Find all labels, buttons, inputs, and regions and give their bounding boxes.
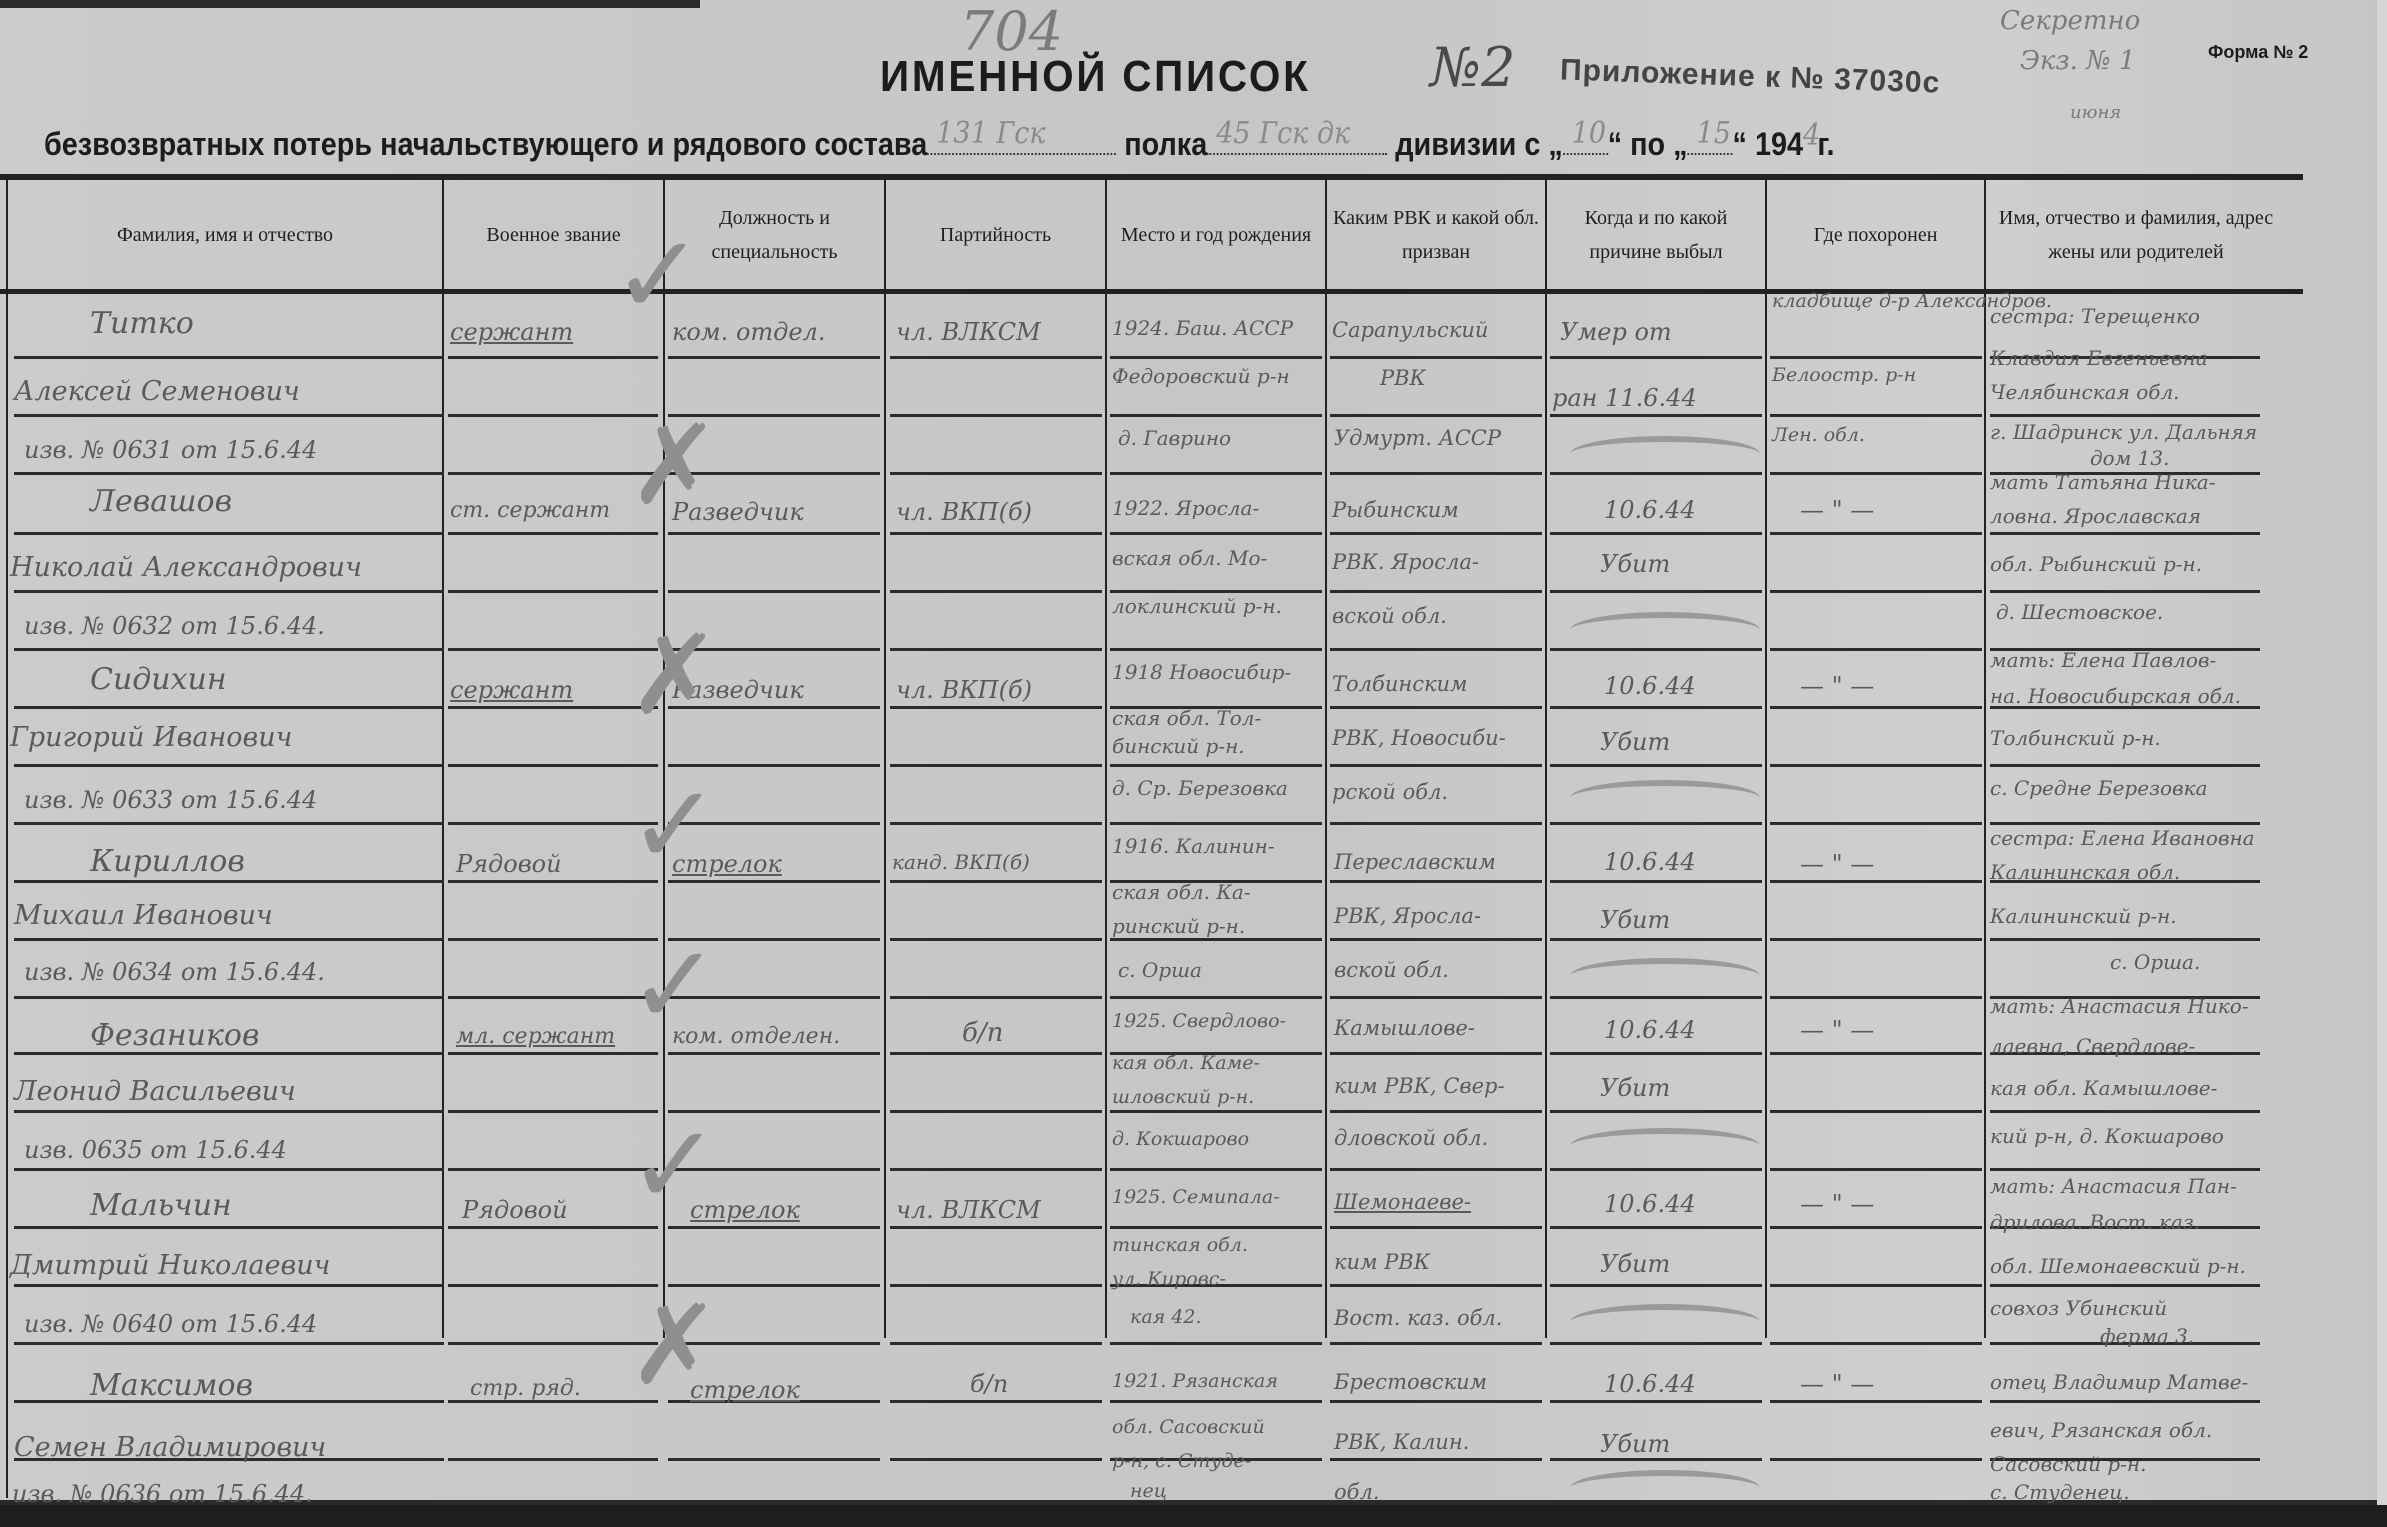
row-rule (890, 1052, 1102, 1055)
row-rule (1330, 1400, 1542, 1403)
check-mark-icon: ✓ (628, 930, 720, 1040)
col-divider (1325, 178, 1327, 1338)
notice-number: изв. 0635 от 15.6.44 (24, 1136, 287, 1164)
row-rule (14, 590, 444, 593)
row-rule (448, 764, 658, 767)
row-rule (1990, 1400, 2260, 1403)
check-mark-icon: ✓ (612, 220, 704, 330)
row-rule (1550, 822, 1762, 825)
surname: Мальчин (90, 1188, 232, 1223)
when-line2: Убит (1600, 1430, 1670, 1458)
row-rule (890, 706, 1102, 709)
row-rule (14, 1168, 444, 1171)
row-rule (1770, 1342, 1982, 1345)
row-rule (14, 532, 444, 535)
header-when-reason: Когда и по какой причине выбыл (1547, 180, 1765, 290)
row-rule (1110, 532, 1322, 535)
row-rule (14, 356, 444, 359)
when-line2: Убит (1600, 1074, 1670, 1102)
when-line1: 10.6.44 (1604, 1190, 1696, 1218)
party: б/п (970, 1370, 1008, 1398)
row-rule (448, 706, 658, 709)
row-rule (668, 1458, 880, 1461)
relatives-line1: сестра: Терещенко (1990, 304, 2200, 328)
row-rule (1770, 590, 1982, 593)
relatives-line4: совхоз Убинский (1990, 1296, 2167, 1320)
row-rule (890, 764, 1102, 767)
when-line2: Убит (1600, 1250, 1670, 1278)
col-divider (1984, 178, 1986, 1338)
rank: Рядовой (456, 850, 562, 878)
row-rule (14, 706, 444, 709)
when-line2: Убит (1600, 906, 1670, 934)
row-rule (890, 356, 1102, 359)
party: чл. ВКП(б) (896, 498, 1032, 526)
row-rule (1110, 472, 1322, 475)
row-rule (1990, 938, 2260, 941)
row-rule (1330, 1284, 1542, 1287)
rvk-line3: дловской обл. (1334, 1126, 1488, 1150)
check-mark-icon: ✓ (628, 770, 720, 880)
birth-line4: кая 42. (1130, 1306, 1202, 1328)
subtitle-part3: дивизии с „ (1395, 126, 1563, 162)
notice-number: изв. № 0632 от 15.6.44. (24, 612, 325, 640)
rank: сержант (450, 318, 573, 346)
row-rule (668, 590, 880, 593)
document-sheet: 704 ИМЕННОЙ СПИСОК №2 Приложение к № 370… (0, 0, 2387, 1500)
buried-line1: — " — (1800, 496, 1874, 524)
check-mark-icon: ✗ (628, 410, 720, 520)
when-line2: Убит (1600, 728, 1670, 756)
rvk-line1: Шемонаеве- (1334, 1190, 1471, 1214)
row-rule (1990, 1284, 2260, 1287)
relatives-line1: мать Татьяна Ника- (1990, 470, 2215, 494)
notice-number: изв. № 0636 от 15.6.44. (12, 1480, 313, 1508)
rvk-line1: Толбинским (1332, 672, 1467, 696)
birth-line2: тинская обл. (1112, 1234, 1248, 1256)
row-rule (1110, 414, 1322, 417)
row-rule (1550, 996, 1762, 999)
row-rule (1770, 996, 1982, 999)
birth-line2: ская обл. Тол- (1112, 706, 1261, 730)
row-rule (14, 996, 444, 999)
when-line2: ран 11.6.44 (1552, 384, 1697, 412)
when-line2: Убит (1600, 550, 1670, 578)
notice-number: изв. № 0640 от 15.6.44 (24, 1310, 317, 1338)
header-buried: Где похоронен (1767, 180, 1984, 290)
row-rule (1770, 648, 1982, 651)
rvk-line1: Переславским (1334, 850, 1496, 874)
row-rule (14, 938, 444, 941)
surname: Титко (90, 306, 194, 341)
buried-line2: Белоостр. р-н (1772, 364, 1916, 386)
row-rule (1110, 822, 1322, 825)
birth-line1: 1925. Семипала- (1112, 1186, 1280, 1208)
row-rule (1330, 1168, 1542, 1171)
row-rule (890, 1400, 1102, 1403)
buried-line1: — " — (1800, 672, 1874, 700)
row-rule (1110, 1168, 1322, 1171)
row-rule (14, 1226, 444, 1229)
birth-line2: ская обл. Ка- (1112, 880, 1251, 904)
row-rule (1330, 1110, 1542, 1113)
header-birth: Место и год рождения (1107, 180, 1325, 290)
row-rule (1770, 822, 1982, 825)
check-mark-icon: ✗ (628, 620, 720, 730)
row-rule (1550, 706, 1762, 709)
rvk-line3: вской обл. (1332, 604, 1447, 628)
row-rule (1990, 414, 2260, 417)
buried-line1: — " — (1800, 1370, 1874, 1398)
row-rule (1990, 1168, 2260, 1171)
buried-line1: — " — (1800, 1190, 1874, 1218)
relatives-line4: кий р-н, д. Кокшарово (1990, 1124, 2224, 1148)
relatives-line3: Челябинская обл. (1990, 380, 2180, 404)
row-rule (1330, 1226, 1542, 1229)
when-line1: 10.6.44 (1604, 672, 1696, 700)
relatives-line5: ферма 3. (2100, 1324, 2194, 1348)
rvk-line2: ким РВК, Свер- (1334, 1074, 1505, 1098)
row-rule (1110, 1342, 1322, 1345)
col-divider (884, 178, 886, 1338)
row-rule (1110, 996, 1322, 999)
relatives-line3: обл. Шемонаевский р-н. (1990, 1254, 2246, 1278)
party: чл. ВЛКСМ (896, 318, 1041, 346)
year-suffix-field: 4 (1803, 129, 1817, 155)
row-rule (1330, 938, 1542, 941)
row-rule (890, 1226, 1102, 1229)
row-rule (1770, 1458, 1982, 1461)
first-patronymic: Семен Владимирович (14, 1432, 326, 1463)
col-divider (442, 178, 444, 1338)
row-rule (890, 590, 1102, 593)
row-rule (668, 532, 880, 535)
birth-line3: локлинский р-н. (1112, 594, 1282, 618)
attachment-stamp: Приложение к № 37030с (1560, 53, 1941, 100)
row-rule (1110, 648, 1322, 651)
surname: Максимов (90, 1368, 253, 1403)
document-subtitle: безвозвратных потерь начальствующего и р… (44, 126, 1835, 163)
month-note: июня (2070, 102, 2121, 123)
list-number: №2 (1430, 36, 1515, 99)
when-line1: 10.6.44 (1604, 848, 1696, 876)
birth-line1: 1922. Яросла- (1112, 496, 1259, 520)
row-rule (14, 472, 444, 475)
subtitle-part1: безвозвратных потерь начальствующего и р… (44, 126, 927, 162)
row-rule (1550, 1342, 1762, 1345)
relatives-line2: Калининская обл. (1990, 860, 2180, 884)
first-patronymic: Алексей Семенович (14, 376, 300, 407)
row-rule (1770, 532, 1982, 535)
secret-note-line1: Секретно (2000, 6, 2140, 36)
row-rule (1550, 1052, 1762, 1055)
relatives-line2: лаевна, Свердлове- (1990, 1034, 2195, 1058)
pencil-mark (1570, 958, 1760, 994)
relatives-line1: сестра: Елена Ивановна (1990, 826, 2255, 850)
relatives-line3: Толбинский р-н. (1990, 726, 2161, 750)
col-divider (1105, 178, 1107, 1338)
birth-line3: р-н, с. Студе- (1112, 1450, 1251, 1472)
party: чл. ВКП(б) (896, 676, 1032, 704)
buried-line1: — " — (1800, 850, 1874, 878)
row-rule (1330, 472, 1542, 475)
row-rule (448, 822, 658, 825)
row-rule (1550, 472, 1762, 475)
row-rule (1330, 1052, 1542, 1055)
birth-line3: ул. Кировс- (1112, 1268, 1226, 1290)
birth-line2: Федоровский р-н (1112, 364, 1290, 388)
party: канд. ВКП(б) (892, 850, 1030, 874)
rvk-line1: Брестовским (1334, 1370, 1487, 1394)
when-line1: 10.6.44 (1604, 496, 1696, 524)
row-rule (14, 880, 444, 883)
row-rule (1550, 1400, 1762, 1403)
row-rule (890, 1342, 1102, 1345)
row-rule (1330, 822, 1542, 825)
rvk-line2: РВК, Яросла- (1334, 904, 1481, 928)
birth-line2: вская обл. Мо- (1112, 546, 1267, 570)
first-patronymic: Дмитрий Николаевич (10, 1250, 330, 1281)
row-rule (1770, 1110, 1982, 1113)
row-rule (448, 1168, 658, 1171)
row-rule (1550, 1168, 1762, 1171)
pencil-mark (1570, 1470, 1760, 1506)
scan-edge-bottom (0, 1505, 2387, 1527)
row-rule (1110, 938, 1322, 941)
relatives-line4: г. Шадринск ул. Дальняя (1990, 420, 2257, 444)
document-title: ИМЕННОЙ СПИСОК (880, 52, 1311, 102)
rvk-line2: РВК, Новосиби- (1332, 726, 1506, 750)
when-line1: Умер от (1560, 318, 1672, 346)
col-divider (1765, 178, 1767, 1338)
row-rule (890, 1458, 1102, 1461)
header-relatives: Имя, отчество и фамилия, адрес жены или … (1986, 180, 2286, 290)
row-rule (668, 1052, 880, 1055)
row-rule (1990, 822, 2260, 825)
row-rule (448, 1342, 658, 1345)
row-rule (1110, 590, 1322, 593)
row-rule (448, 996, 658, 999)
row-rule (448, 356, 658, 359)
row-rule (890, 648, 1102, 651)
relatives-line2: на. Новосибирская обл. (1990, 684, 2241, 708)
row-rule (1550, 1284, 1762, 1287)
row-rule (1330, 648, 1542, 651)
row-rule (1990, 532, 2260, 535)
birth-line3: шловский р-н. (1112, 1086, 1254, 1108)
row-rule (14, 822, 444, 825)
row-rule (1110, 1400, 1322, 1403)
row-rule (1770, 938, 1982, 941)
row-rule (448, 938, 658, 941)
row-rule (1770, 1400, 1982, 1403)
row-rule (1550, 938, 1762, 941)
row-rule (1550, 1458, 1762, 1461)
pencil-mark (1570, 1128, 1760, 1164)
birth-line1: 1921. Рязанская (1112, 1370, 1278, 1392)
rvk-line3: Удмурт. АССР (1334, 426, 1501, 450)
rank: сержант (450, 676, 573, 704)
row-rule (1550, 1110, 1762, 1113)
buried-line1: — " — (1800, 1016, 1874, 1044)
when-line1: 10.6.44 (1604, 1370, 1696, 1398)
row-rule (1770, 880, 1982, 883)
row-rule (14, 648, 444, 651)
row-rule (14, 414, 444, 417)
birth-line4: д. Ср. Березовка (1112, 776, 1288, 800)
row-rule (1770, 472, 1982, 475)
row-rule (1550, 414, 1762, 417)
from-day-field: 10 (1563, 127, 1608, 155)
rank: ст. сержант (450, 498, 610, 523)
first-patronymic: Михаил Иванович (14, 900, 273, 931)
rvk-line3: рской обл. (1332, 780, 1448, 804)
birth-line1: 1918 Новосибир- (1112, 660, 1291, 684)
subtitle-part2: полка (1124, 126, 1207, 162)
col-divider (1545, 178, 1547, 1338)
row-rule (1550, 356, 1762, 359)
row-rule (890, 1110, 1102, 1113)
birth-line2: кая обл. Каме- (1112, 1052, 1260, 1074)
row-rule (1990, 1110, 2260, 1113)
row-rule (1330, 706, 1542, 709)
surname: Сидихин (90, 662, 227, 697)
birth-line2: обл. Сасовский (1112, 1416, 1265, 1438)
relatives-line1: отец Владимир Матве- (1990, 1370, 2248, 1394)
row-rule (1770, 706, 1982, 709)
rvk-line2: РВК, Калин. (1334, 1430, 1469, 1454)
row-rule (890, 938, 1102, 941)
scan-edge-right (2377, 0, 2387, 1527)
row-rule (1110, 1226, 1322, 1229)
rvk-line3: вской обл. (1334, 958, 1449, 982)
relatives-line1: мать: Елена Павлов- (1990, 648, 2216, 672)
relatives-line2: Клавдия Евгеньевна (1990, 346, 2208, 370)
row-rule (890, 1168, 1102, 1171)
rvk-line1: Камышлове- (1334, 1016, 1475, 1040)
relatives-line4: с. Студенец. (1990, 1480, 2130, 1504)
row-rule (448, 472, 658, 475)
row-rule (1770, 1226, 1982, 1229)
row-rule (1330, 532, 1542, 535)
row-rule (14, 764, 444, 767)
relatives-line3: обл. Рыбинский р-н. (1990, 552, 2202, 576)
row-rule (1770, 356, 1982, 359)
row-rule (448, 1284, 658, 1287)
relatives-line3: кая обл. Камышлове- (1990, 1076, 2217, 1100)
surname: Кириллов (90, 844, 245, 879)
row-rule (1990, 764, 2260, 767)
row-rule (1330, 1458, 1542, 1461)
pencil-mark (1570, 436, 1760, 472)
row-rule (1550, 764, 1762, 767)
notice-number: изв. № 0631 от 15.6.44 (24, 436, 317, 464)
rank: стр. ряд. (470, 1376, 581, 1401)
header-full-name: Фамилия, имя и отчество (8, 180, 442, 290)
relatives-line2: ловна. Ярославская (1990, 504, 2201, 528)
header-rvk: Каким РВК и какой обл. призван (1327, 180, 1545, 290)
row-rule (1990, 590, 2260, 593)
regiment-field: 131 Гск (927, 127, 1116, 155)
row-rule (448, 880, 658, 883)
row-rule (448, 1052, 658, 1055)
rvk-line3: Вост. каз. обл. (1334, 1306, 1502, 1330)
row-rule (448, 590, 658, 593)
rvk-line2: ким РВК (1334, 1250, 1430, 1274)
row-rule (448, 1226, 658, 1229)
subtitle-part5: “ 194 (1733, 126, 1803, 162)
to-day-field: 15 (1688, 127, 1733, 155)
when-line1: 10.6.44 (1604, 1016, 1696, 1044)
relatives-line5: дом 13. (2090, 446, 2169, 470)
row-rule (1550, 880, 1762, 883)
pencil-mark (1570, 780, 1760, 816)
division-field: 45 Гск дк (1207, 127, 1387, 155)
pencil-mark (1570, 1304, 1760, 1340)
row-rule (448, 1458, 658, 1461)
rvk-line2: РВК (1380, 366, 1426, 390)
row-rule (448, 414, 658, 417)
row-rule (1550, 1226, 1762, 1229)
row-rule (1330, 414, 1542, 417)
row-rule (1550, 532, 1762, 535)
party: б/п (962, 1018, 1003, 1048)
notice-number: изв. № 0633 от 15.6.44 (24, 786, 317, 814)
relatives-line4: с. Средне Березовка (1990, 776, 2208, 800)
row-rule (890, 472, 1102, 475)
rank: мл. сержант (456, 1024, 615, 1049)
pencil-mark (1570, 612, 1760, 648)
relatives-line2: дрилова. Вост. каз. (1990, 1210, 2200, 1234)
birth-line4: нец (1130, 1480, 1167, 1502)
row-rule (1330, 356, 1542, 359)
row-rule (14, 1110, 444, 1113)
header-party: Партийность (886, 180, 1105, 290)
row-rule (1330, 880, 1542, 883)
secret-note-line2: Экз. № 1 (2020, 46, 2136, 76)
rvk-line2: РВК. Яросла- (1332, 550, 1479, 574)
row-rule (1550, 590, 1762, 593)
row-rule (14, 1284, 444, 1287)
rvk-line3: обл. (1334, 1480, 1380, 1504)
row-rule (1110, 1110, 1322, 1113)
birth-line3: бинский р-н. (1112, 734, 1245, 758)
rvk-line1: Рыбинским (1332, 498, 1459, 522)
birth-line3: ринский р-н. (1112, 914, 1245, 938)
row-rule (1110, 764, 1322, 767)
row-rule (1770, 1284, 1982, 1287)
surname: Фезаников (90, 1018, 259, 1053)
row-rule (1330, 764, 1542, 767)
birth-line1: 1925. Свердлово- (1112, 1010, 1286, 1032)
check-mark-icon: ✗ (628, 1290, 720, 1400)
col-divider (6, 178, 8, 1498)
relatives-line3: Калининский р-н. (1990, 904, 2177, 928)
birth-line1: 1916. Калинин- (1112, 834, 1275, 858)
buried-line3: Лен. обл. (1772, 424, 1865, 446)
first-patronymic: Григорий Иванович (10, 722, 292, 753)
row-rule (14, 1342, 444, 1345)
birth-line1: 1924. Баш. АССР (1112, 316, 1293, 340)
birth-line4: с. Орша (1118, 958, 1202, 982)
rvk-line1: Сарапульский (1332, 318, 1488, 342)
relatives-line2: евич, Рязанская обл. (1990, 1418, 2212, 1442)
birth-line4: д. Кокшарово (1112, 1128, 1249, 1150)
relatives-line1: мать: Анастасия Нико- (1990, 994, 2249, 1018)
row-rule (668, 356, 880, 359)
relatives-line1: мать: Анастасия Пан- (1990, 1174, 2237, 1198)
row-rule (890, 822, 1102, 825)
